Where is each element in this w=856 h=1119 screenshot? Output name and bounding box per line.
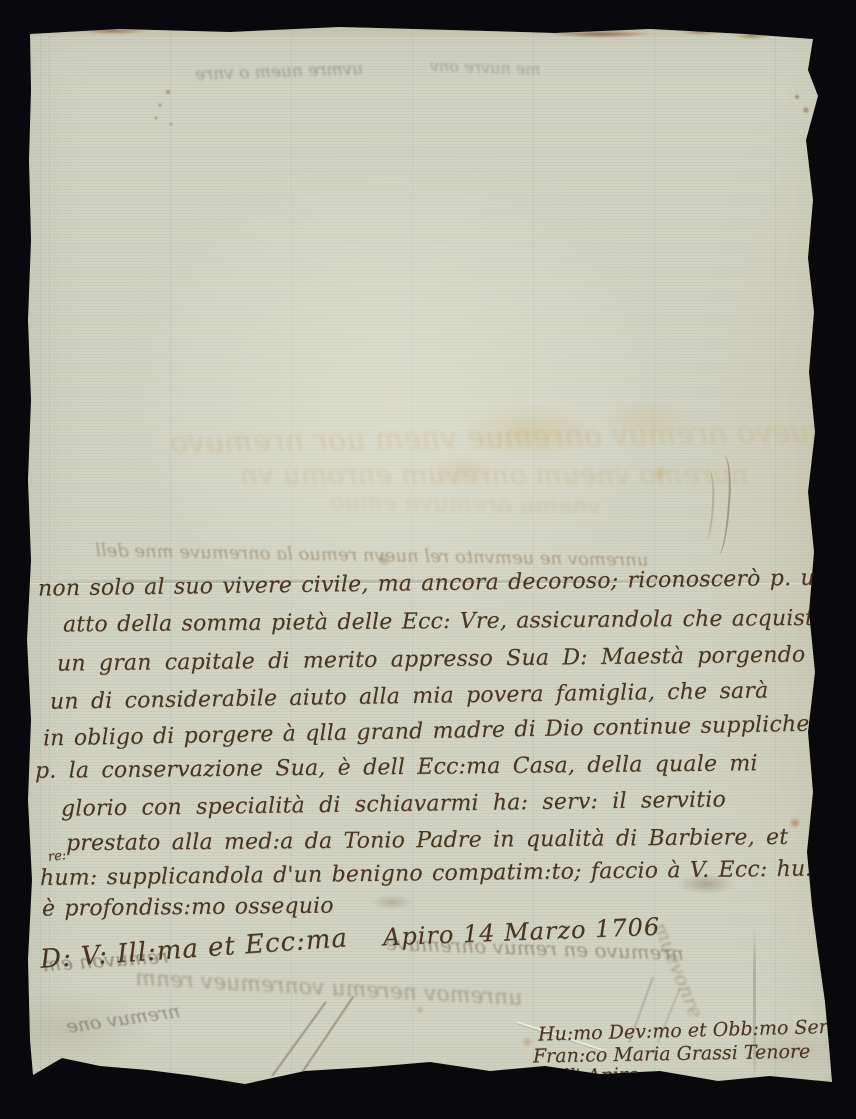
photo-background: uvmre nuem o vnre me nuvre onv muevo nre… [0, 0, 856, 1119]
letter-line-6: p. la conservazione Sua, è dell Ecc:ma C… [35, 751, 758, 784]
manuscript-page: uvmre nuem o vnre me nuvre onv muevo nre… [0, 0, 856, 1119]
ink-showthrough-fragment: me nuvre onv [430, 56, 541, 79]
letter-line-5: in obligo di porgere à qlla grand madre … [43, 712, 810, 752]
letter-line-10: è profondiss:mo ossequio [42, 893, 334, 921]
ink-showthrough-fragment: muevo nremuv onremue vnem uor nremuvo [170, 414, 838, 461]
letter-line-9: hum: supplicandola d'un benigno compatim… [40, 856, 848, 891]
letter-line-2: atto della somma pietà delle Ecc: Vre, a… [63, 606, 852, 638]
ink-showthrough-fragment: vnemu oremuvn emuo [330, 488, 601, 521]
letter-line-7: glorio con specialità di schiavarmi ha: … [61, 787, 726, 821]
ink-showthrough-fragment: nuremo vneum onrevum enromu vn [240, 458, 749, 491]
letter-line-3: un gran capitale di merito appresso Sua … [57, 642, 806, 676]
ink-showthrough-fragment: unremov neremu vonremuev renm [135, 966, 523, 1011]
letter-line-4: un di considerabile aiuto alla mia pover… [50, 678, 769, 714]
showthrough-stroke [300, 996, 355, 1076]
signature-line-2: Fran:co Maria Grassi Tenore [533, 1041, 811, 1068]
showthrough-stroke [271, 1001, 327, 1077]
letter-line-8: prestato alla med:a da Tonio Padre in qu… [66, 825, 789, 856]
letter-line-1: non solo al suo vivere civile, ma ancora… [38, 565, 830, 601]
signature-line-3: dell' Apiro [540, 1064, 640, 1089]
ink-showthrough-fragment: nremuv one [65, 1000, 181, 1038]
ink-showthrough-fragment: uvmre nuem o vnre [195, 59, 364, 85]
interline-superscript: re: [47, 848, 67, 865]
closing-salutation: D: V: Ill:ma et Ecc:ma [39, 923, 349, 974]
ink-showthrough-fragment: unremov ne uemvnto rel nuevn remuo la on… [95, 540, 649, 571]
